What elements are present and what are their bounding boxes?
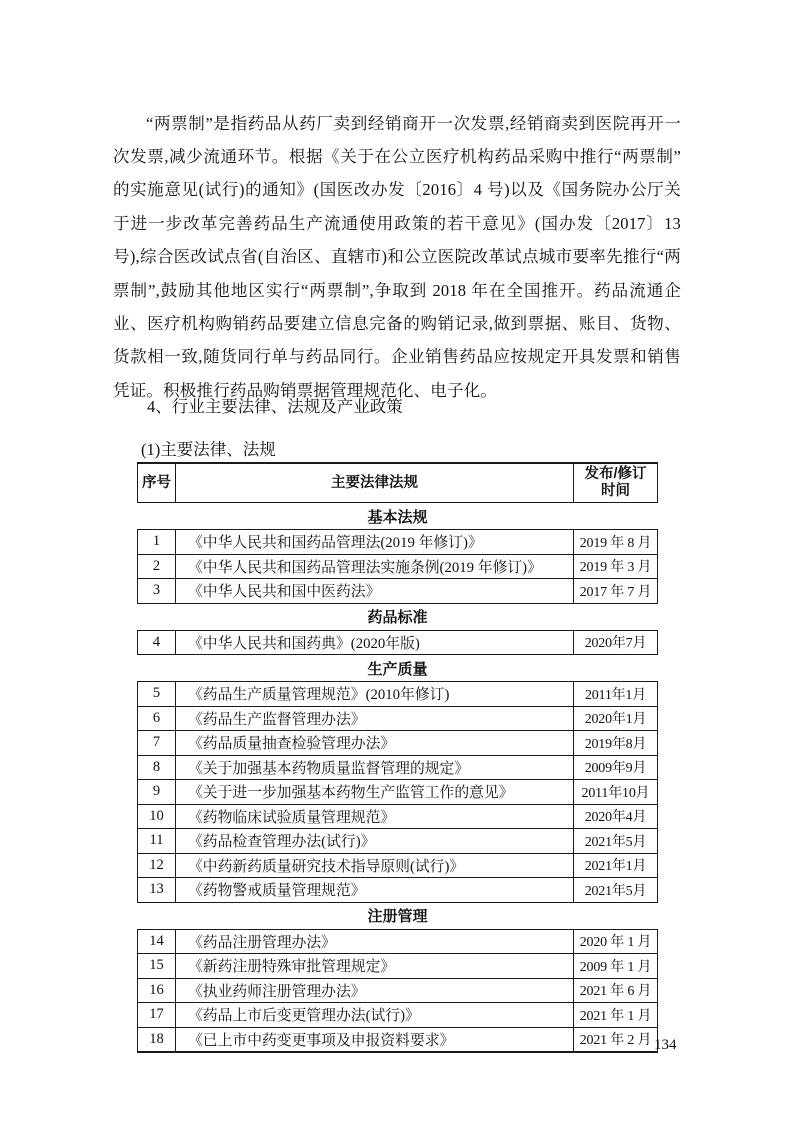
- table-cell-no: 8: [138, 755, 176, 780]
- table-section-row: 生产质量: [138, 655, 658, 682]
- law-regulation-table: 序号 主要法律法规 发布/修订 时间 基本法规1《中华人民共和国药品管理法(20…: [137, 462, 658, 1053]
- table-cell-date: 2019 年 8 月: [574, 530, 658, 555]
- table-cell-law: 《中华人民共和国药品管理法(2019 年修订)》: [176, 530, 574, 555]
- table-section-label: 基本法规: [138, 503, 658, 530]
- table-cell-no: 4: [138, 630, 176, 655]
- table-cell-no: 12: [138, 853, 176, 878]
- table-row: 15《新药注册特殊审批管理规定》2009 年 1 月: [138, 954, 658, 979]
- table-cell-no: 9: [138, 780, 176, 805]
- table-header: 序号 主要法律法规 发布/修订 时间: [138, 463, 658, 503]
- heading-industry-laws: 4、行业主要法律、法规及产业政策: [147, 393, 403, 417]
- table-cell-date: 2020 年 1 月: [574, 929, 658, 954]
- table-cell-no: 2: [138, 554, 176, 579]
- table-header-no: 序号: [138, 463, 176, 503]
- table-cell-law: 《关于进一步加强基本药物生产监管工作的意见》: [176, 780, 574, 805]
- table-cell-no: 14: [138, 929, 176, 954]
- table-row: 18《已上市中药变更事项及申报资料要求》2021 年 2 月: [138, 1027, 658, 1052]
- table-row: 5《药品生产质量管理规范》(2010年修订)2011年1月: [138, 682, 658, 707]
- table-row: 1《中华人民共和国药品管理法(2019 年修订)》2019 年 8 月: [138, 530, 658, 555]
- table-cell-date: 2019年8月: [574, 731, 658, 756]
- table-row: 9《关于进一步加强基本药物生产监管工作的意见》2011年10月: [138, 780, 658, 805]
- table-cell-law: 《执业药师注册管理办法》: [176, 978, 574, 1003]
- table-cell-no: 17: [138, 1003, 176, 1028]
- table-cell-date: 2017 年 7 月: [574, 579, 658, 604]
- heading-main-laws: (1)主要法律、法规: [141, 436, 276, 460]
- table-cell-no: 5: [138, 682, 176, 707]
- law-table-body: 基本法规1《中华人民共和国药品管理法(2019 年修订)》2019 年 8 月2…: [138, 503, 658, 1053]
- table-cell-date: 2021 年 6 月: [574, 978, 658, 1003]
- table-cell-date: 2019 年 3 月: [574, 554, 658, 579]
- table-cell-date: 2021年1月: [574, 853, 658, 878]
- table-row: 2《中华人民共和国药品管理法实施条例(2019 年修订)》2019 年 3 月: [138, 554, 658, 579]
- table-cell-law: 《药品上市后变更管理办法(试行)》: [176, 1003, 574, 1028]
- table-cell-no: 11: [138, 829, 176, 854]
- table-cell-no: 7: [138, 731, 176, 756]
- table-cell-law: 《中药新药质量研究技术指导原则(试行)》: [176, 853, 574, 878]
- table-section-label: 注册管理: [138, 902, 658, 929]
- table-cell-law: 《药物临床试验质量管理规范》: [176, 804, 574, 829]
- table-row: 17《药品上市后变更管理办法(试行)》2021 年 1 月: [138, 1003, 658, 1028]
- table-cell-law: 《中华人民共和国药典》(2020年版): [176, 630, 574, 655]
- table-cell-law: 《药物警戒质量管理规范》: [176, 878, 574, 903]
- intro-paragraph: “两票制”是指药品从药厂卖到经销商开一次发票,经销商卖到医院再开一次发票,减少流…: [113, 107, 681, 408]
- table-cell-law: 《新药注册特殊审批管理规定》: [176, 954, 574, 979]
- table-cell-law: 《药品注册管理办法》: [176, 929, 574, 954]
- table-cell-no: 15: [138, 954, 176, 979]
- table-cell-date: 2021 年 2 月: [574, 1027, 658, 1052]
- table-cell-no: 3: [138, 579, 176, 604]
- table-section-label: 药品标准: [138, 603, 658, 630]
- document-page: “两票制”是指药品从药厂卖到经销商开一次发票,经销商卖到医院再开一次发票,减少流…: [0, 0, 793, 1122]
- table-section-row: 基本法规: [138, 503, 658, 530]
- table-cell-date: 2011年10月: [574, 780, 658, 805]
- table-cell-no: 1: [138, 530, 176, 555]
- table-cell-date: 2020年4月: [574, 804, 658, 829]
- table-cell-date: 2021年5月: [574, 829, 658, 854]
- table-row: 4《中华人民共和国药典》(2020年版)2020年7月: [138, 630, 658, 655]
- table-section-row: 注册管理: [138, 902, 658, 929]
- table-cell-law: 《药品检查管理办法(试行)》: [176, 829, 574, 854]
- table-row: 16《执业药师注册管理办法》2021 年 6 月: [138, 978, 658, 1003]
- table-row: 11《药品检查管理办法(试行)》2021年5月: [138, 829, 658, 854]
- table-cell-law: 《药品生产质量管理规范》(2010年修订): [176, 682, 574, 707]
- table-section-row: 药品标准: [138, 603, 658, 630]
- table-row: 14《药品注册管理办法》2020 年 1 月: [138, 929, 658, 954]
- table-cell-law: 《中华人民共和国中医药法》: [176, 579, 574, 604]
- table-row: 8《关于加强基本药物质量监督管理的规定》2009年9月: [138, 755, 658, 780]
- table-row: 10《药物临床试验质量管理规范》2020年4月: [138, 804, 658, 829]
- table-cell-law: 《已上市中药变更事项及申报资料要求》: [176, 1027, 574, 1052]
- table-cell-no: 10: [138, 804, 176, 829]
- table-cell-date: 2009 年 1 月: [574, 954, 658, 979]
- table-cell-no: 6: [138, 706, 176, 731]
- table-cell-date: 2020年7月: [574, 630, 658, 655]
- page-number: 134: [654, 1037, 677, 1054]
- table-row: 12《中药新药质量研究技术指导原则(试行)》2021年1月: [138, 853, 658, 878]
- table-row: 13《药物警戒质量管理规范》2021年5月: [138, 878, 658, 903]
- table-cell-no: 18: [138, 1027, 176, 1052]
- table-row: 6《药品生产监督管理办法》2020年1月: [138, 706, 658, 731]
- table-cell-law: 《关于加强基本药物质量监督管理的规定》: [176, 755, 574, 780]
- table-row: 7《药品质量抽查检验管理办法》2019年8月: [138, 731, 658, 756]
- table-header-row: 序号 主要法律法规 发布/修订 时间: [138, 463, 658, 503]
- table-cell-law: 《中华人民共和国药品管理法实施条例(2019 年修订)》: [176, 554, 574, 579]
- table-cell-date: 2021 年 1 月: [574, 1003, 658, 1028]
- table-cell-date: 2011年1月: [574, 682, 658, 707]
- table-cell-date: 2009年9月: [574, 755, 658, 780]
- table-cell-date: 2020年1月: [574, 706, 658, 731]
- table-header-law: 主要法律法规: [176, 463, 574, 503]
- table-cell-date: 2021年5月: [574, 878, 658, 903]
- table-cell-no: 13: [138, 878, 176, 903]
- table-header-date: 发布/修订 时间: [574, 463, 658, 503]
- table-cell-law: 《药品质量抽查检验管理办法》: [176, 731, 574, 756]
- table-section-label: 生产质量: [138, 655, 658, 682]
- table-row: 3《中华人民共和国中医药法》2017 年 7 月: [138, 579, 658, 604]
- table-cell-law: 《药品生产监督管理办法》: [176, 706, 574, 731]
- table-cell-no: 16: [138, 978, 176, 1003]
